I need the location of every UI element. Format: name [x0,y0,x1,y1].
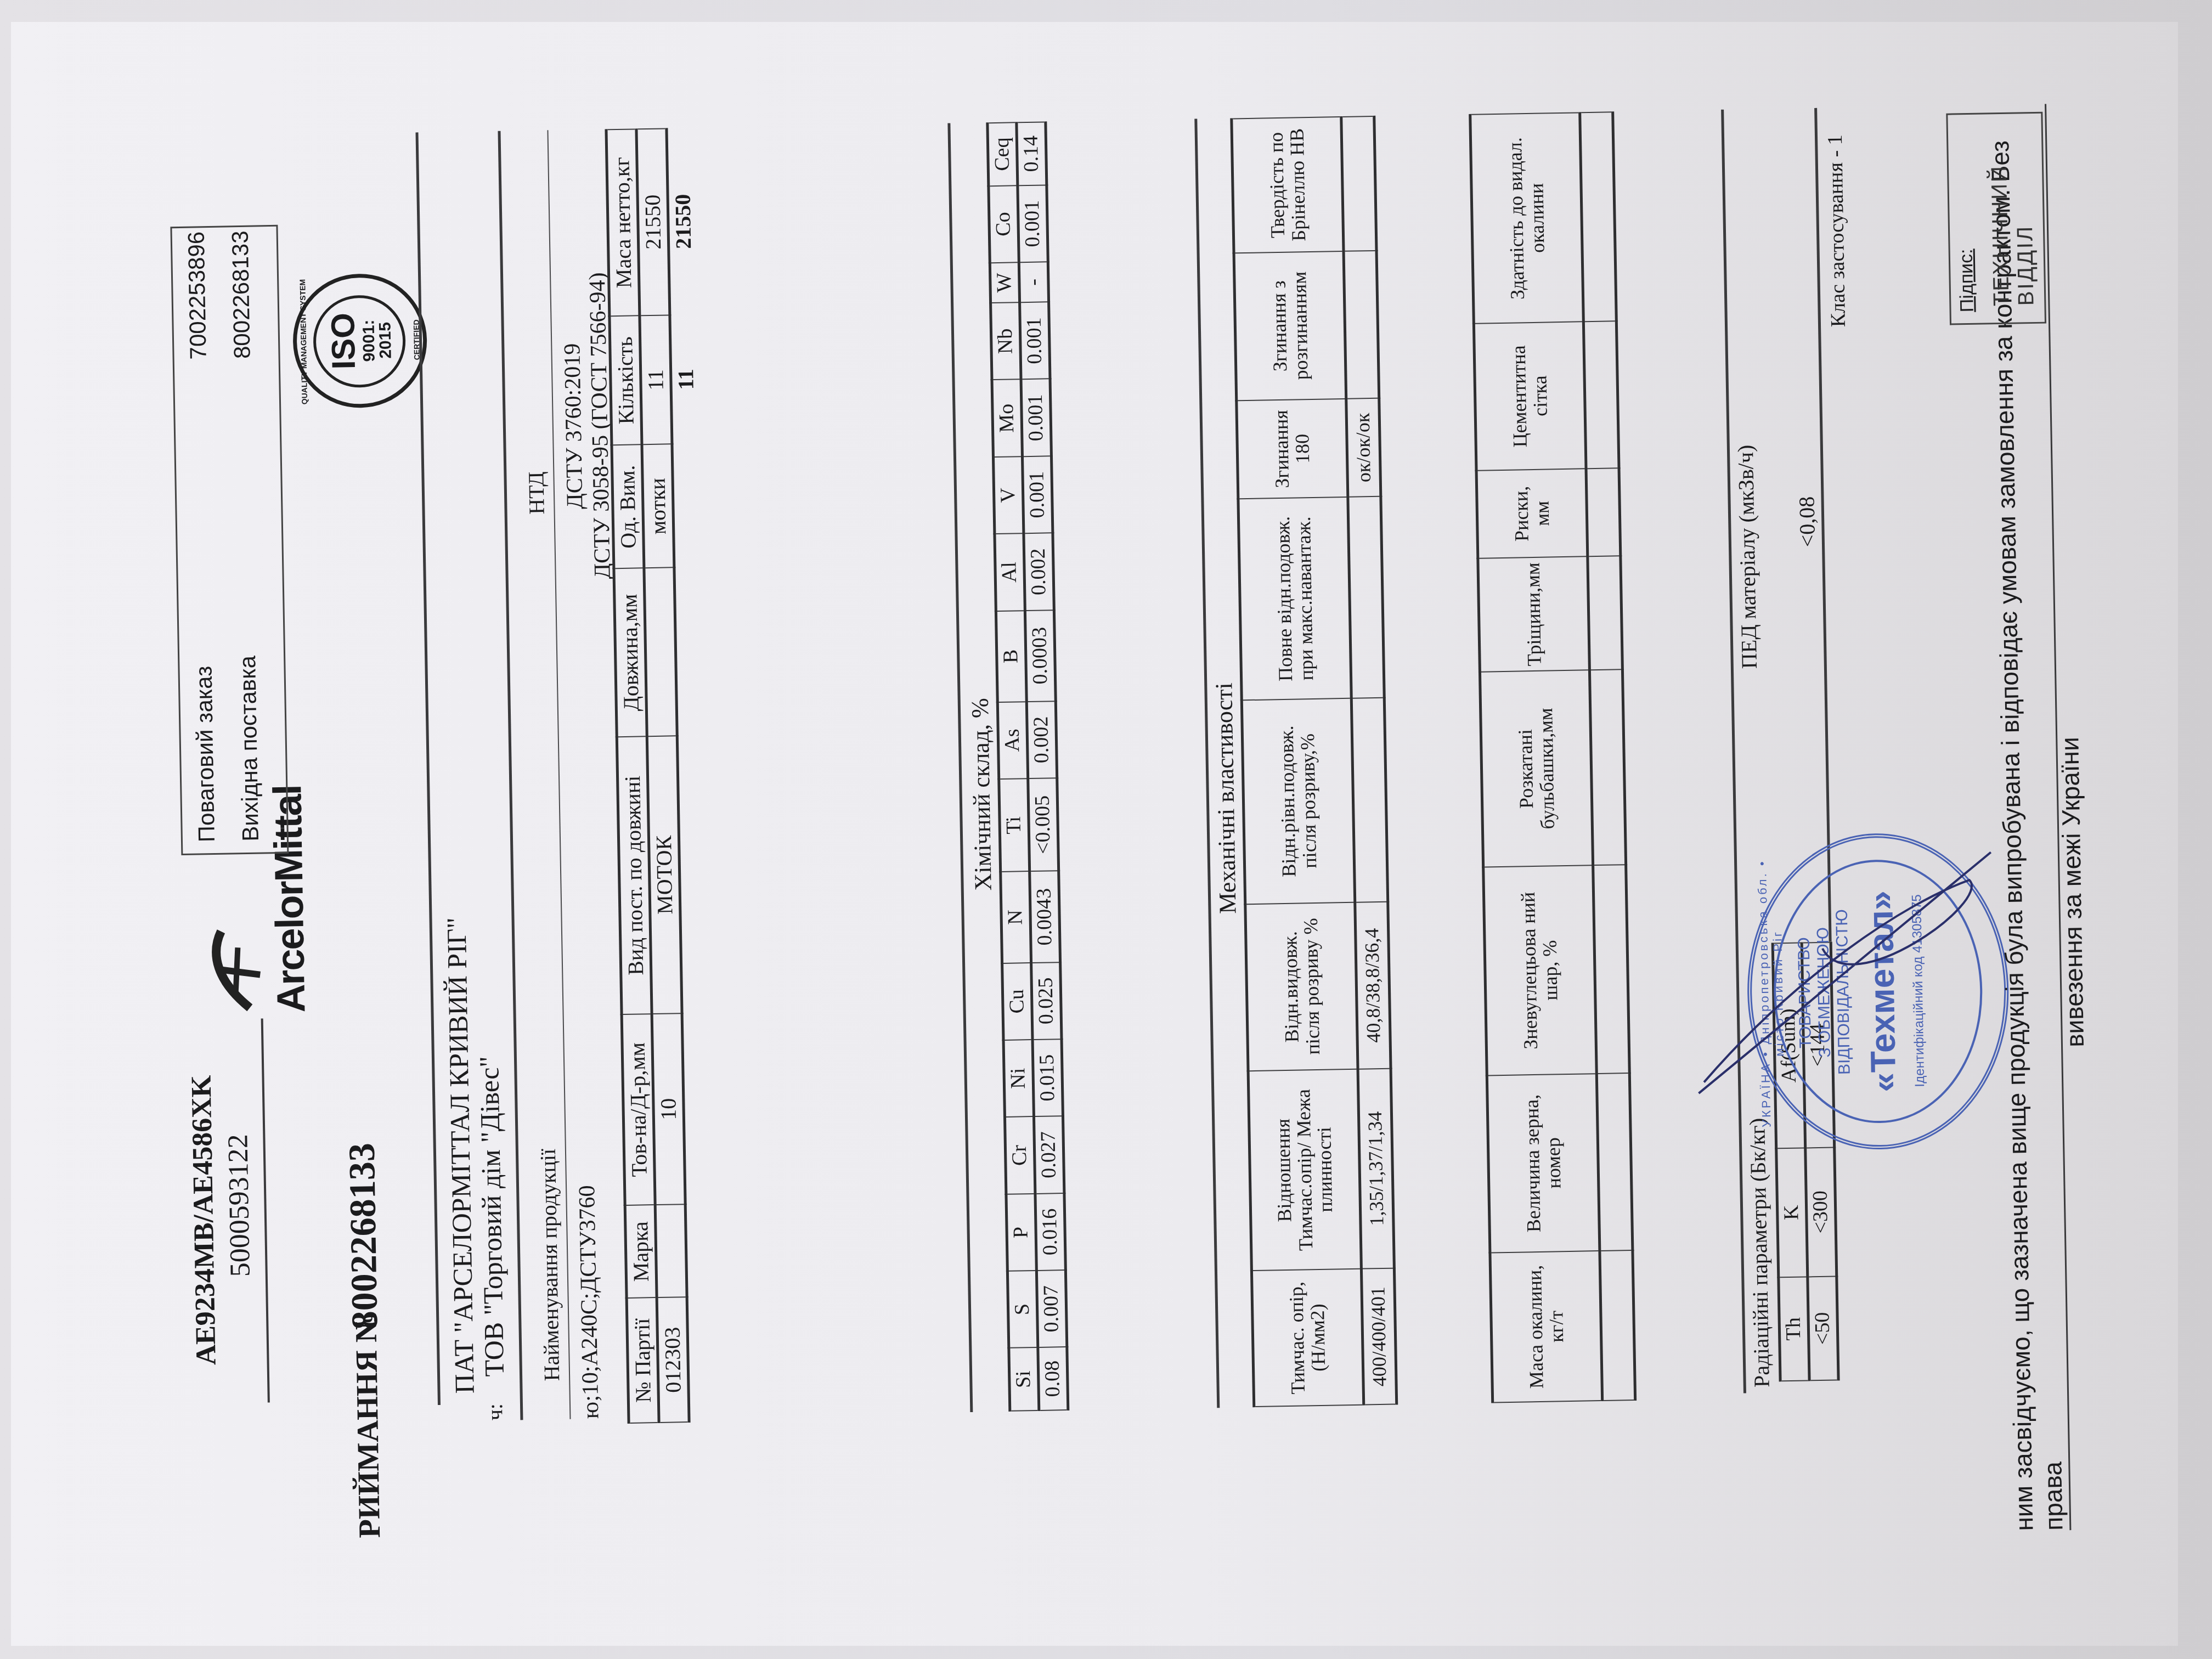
mech-val-1: 1,35/1,37/1,34 [1358,1069,1394,1269]
col-unit: Од. Вим. [612,445,644,569]
mech-val-5: ок/ок/ок [1346,398,1381,498]
arcelormittal-swoosh-icon [205,925,267,1014]
ped-title: ПЕД матеріалу (мкЗв/ч) [1733,444,1762,669]
col-batch: № Партії [627,1297,659,1423]
col-grade: Марка [625,1205,657,1298]
order-label: Поваговий заказ [190,665,220,842]
mechanical-title: Механічні властивості [1210,682,1242,914]
chemistry-title: Хімічний склад, % [966,698,997,891]
mech-val-4 [1348,496,1384,698]
mech-col-5: Згинання 180 [1237,399,1348,499]
mech-col-7: Твердість по Брінеллю НВ [1232,117,1344,253]
chem-col-14: W [990,262,1019,303]
surf-col-2: Зневуглецьова ний шар, % [1483,866,1597,1076]
mech-val-2: 40,8/38,8/36,4 [1355,902,1391,1069]
chem-val-14: - [1019,262,1048,302]
chem-val-0: 0.08 [1038,1347,1068,1410]
mech-col-1: Відношення Тимчас.опір/ Межа плинності [1248,1069,1361,1271]
surf-val-0 [1600,1250,1635,1401]
chem-val-4: 0.015 [1032,1039,1063,1116]
chem-col-10: Al [995,533,1025,611]
document-photo: AE9234MB/AE4586XK 5000593122 ArcelorMitt… [11,22,2178,1646]
application-class: Клас застосування - 1 [1823,134,1850,328]
chem-val-16: 0.14 [1017,122,1047,185]
chem-col-11: V [993,456,1023,534]
surf-val-1 [1596,1073,1633,1251]
surface-table: Маса окалини, кг/тВеличина зерна, номерЗ… [1469,111,1637,1403]
mech-col-0: Тимчас. опір, (Н/мм2) [1251,1269,1363,1407]
department-stamp: ТЕХНІЧНИЙ ВІДДІЛ [1986,114,2039,307]
chem-col-9: B [996,611,1026,702]
chem-col-6: N [1001,872,1031,963]
order-codes: AE9234MB/AE4586XK [185,1075,222,1365]
surf-val-7 [1580,112,1617,321]
chem-col-13: Nb [991,302,1021,380]
chem-val-12: 0.001 [1021,379,1051,456]
col-mass: Маса нетто,кг [606,129,640,316]
surf-col-3: Розкатані бульбашки,мм [1480,670,1593,867]
delivery-value: 8002268133 [227,230,256,359]
chem-col-1: S [1007,1271,1037,1348]
col-length-type: Вид пост. по довжині [617,737,652,1015]
signature-box: Підпис: ТЕХНІЧНИЙ ВІДДІЛ [1946,112,2046,325]
mechanical-table: Тимчас. опір, (Н/мм2)Відношення Тимчас.о… [1230,116,1398,1407]
mech-col-4: Повне відн.подовж. при макс.навантаж. [1238,497,1351,700]
chem-col-0: Si [1009,1347,1039,1410]
buyer-prefix: ч: [482,1403,508,1421]
chem-val-5: 0.025 [1031,962,1061,1040]
chem-col-5: Cu [1002,963,1032,1040]
product-table: № Партії Марка Тов-на/Д-р,мм Вид пост. п… [605,128,718,1424]
order-value: 7002253896 [183,231,212,359]
chem-col-4: Ni [1003,1040,1034,1117]
surf-col-6: Цементитна сітка [1474,321,1586,470]
col-length: Довжина,мм [614,568,647,737]
surf-col-0: Маса окалини, кг/т [1490,1251,1602,1403]
radiation-title: Радіаційні параметри (Бк/кг) [1744,1118,1775,1388]
chem-val-10: 0.002 [1024,533,1054,610]
buyer-name: ТОВ "Торговий дім "Дівес" [473,1056,510,1377]
chem-col-12: Mo [992,380,1022,457]
chem-val-6: 0.0043 [1030,871,1060,963]
col-quantity: Кількість [610,315,642,445]
signature-icon [1683,825,2017,1115]
ped-value: <0,08 [1793,496,1820,547]
ntd-header: НТД [523,471,549,515]
mech-val-0: 400/400/401 [1361,1268,1396,1405]
surf-val-3 [1589,669,1626,865]
certificate-number: 8002268133 [340,1143,387,1330]
chem-val-7: <0.005 [1028,778,1059,871]
surf-col-4: Тріщини,мм [1478,557,1590,672]
certificate-label: РИЙМАННЯ № [348,1311,387,1538]
chem-col-8: As [997,702,1028,779]
chem-col-7: Ti [999,778,1030,872]
chem-val-11: 0.001 [1022,456,1052,533]
chemistry-table: SiSPCrNiCuNTiAsBAlVMoNbWCoCeq 0.080.0070… [986,121,1069,1412]
surf-val-2 [1593,865,1630,1073]
surf-val-6 [1583,321,1619,469]
product-name-header: Найменування продукції [535,1149,565,1381]
surf-val-4 [1588,556,1623,670]
chem-val-2: 0.016 [1035,1193,1065,1271]
surf-col-1: Величина зерна, номер [1487,1074,1600,1253]
ntd-values: ДСТУ 3760:2019 ДСТУ 3058-95 (ГОСТ 7566-9… [558,272,616,580]
chem-col-2: P [1006,1194,1036,1271]
delivery-label: Вихідна поставка [234,656,264,842]
surf-col-5: Риски, мм [1476,469,1588,558]
mech-col-3: Відн.рівн.подовж. після розриву,% [1242,698,1355,904]
chem-col-15: Co [989,185,1019,263]
mech-val-6 [1344,251,1379,399]
mech-val-7 [1341,116,1376,251]
chem-val-8: 0.002 [1026,701,1057,778]
order-info-box: Поваговий заказ 7002253896 Вихідна поста… [170,225,289,855]
surf-col-7: Здатність до видал. окалини [1470,112,1584,324]
product-name: ю;10;А240С;ДСТУ3760 [574,1185,604,1419]
chem-val-1: 0.007 [1036,1270,1066,1347]
iso-badge: ISO 9001: 2015 QUALITY MANAGEMENT SYSTEM… [292,273,428,409]
chem-val-9: 0.0003 [1025,610,1056,702]
quality-certificate: AE9234MB/AE4586XK 5000593122 ArcelorMitt… [109,104,2081,1564]
surf-val-5 [1586,468,1621,557]
col-diameter: Тов-на/Д-р,мм [622,1014,655,1205]
chem-val-15: 0.001 [1018,185,1048,262]
mech-col-2: Відн.видовж. після розриву % [1245,902,1358,1071]
chem-col-3: Cr [1005,1116,1035,1194]
chem-val-13: 0.001 [1019,302,1049,379]
chem-val-3: 0.027 [1034,1116,1064,1193]
chem-col-16: Ceq [988,122,1018,186]
order-code-2: 5000593122 [222,1134,257,1277]
mech-col-6: Згинання з розгинанням [1234,251,1346,400]
mech-val-3 [1351,697,1387,902]
company-stamp: ТОВАРИСТВО З ОБМЕЖЕНОЮ ВІДПОВІДАЛЬНІСТЮ … [1745,831,2011,1152]
signature-label: Підпис: [1956,249,1978,312]
